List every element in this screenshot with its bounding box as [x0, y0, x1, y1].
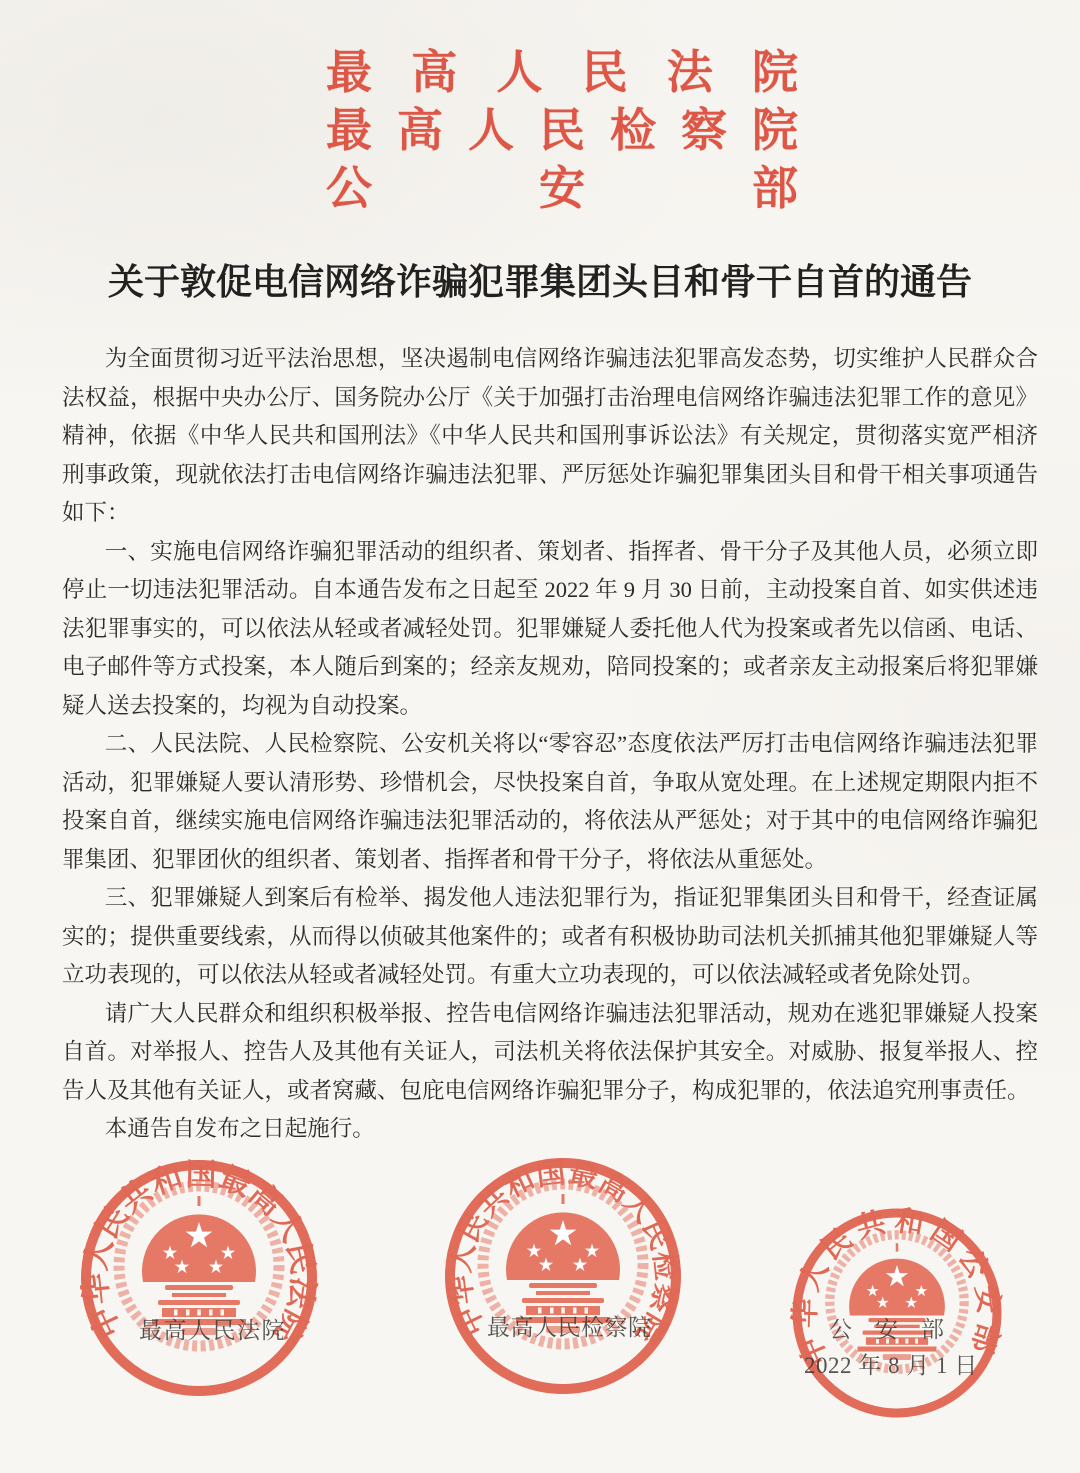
page-title: 关于敦促电信网络诈骗犯罪集团头目和骨干自首的通告	[0, 254, 1080, 305]
issuer-char: 法	[667, 44, 713, 102]
issuer-char: 院	[752, 44, 798, 102]
issuer-line: 最高人民法院	[326, 44, 798, 102]
issuer-char: 最	[326, 44, 372, 102]
notice-paragraph: 三、犯罪嫌疑人到案后有检举、揭发他人违法犯罪行为，指证犯罪集团头目和骨干，经查证…	[62, 879, 1038, 995]
signature-supreme-court: 最高人民法院	[139, 1312, 286, 1345]
issuer-char: 民	[539, 102, 585, 160]
issue-date: 2022 年 8 月 1 日	[804, 1347, 978, 1380]
seal-supreme-procuratorate: 中华人民共和国最高人民检察院	[438, 1151, 688, 1401]
issuer-char: 高	[397, 102, 443, 160]
issuer-char: 安	[539, 160, 585, 218]
issuer-char: 察	[681, 102, 727, 160]
seal-supreme-court: 中华人民共和国最高人民法院	[74, 1153, 324, 1403]
issuer-char: 院	[752, 102, 798, 160]
issuer-char: 最	[326, 102, 372, 160]
issuer-char: 人	[468, 102, 514, 160]
issuer-line: 最高人民检察院	[326, 102, 798, 160]
issuer-block: 最高人民法院最高人民检察院公安部	[326, 44, 798, 218]
notice-body: 为全面贯彻习近平法治思想，坚决遏制电信网络诈骗违法犯罪高发态势，切实维护人民群众…	[62, 340, 1038, 1149]
issuer-char: 人	[496, 44, 542, 102]
signature-public-security: 公 安 部	[829, 1311, 944, 1344]
issuer-line: 公安部	[326, 160, 798, 218]
issuer-char: 高	[411, 44, 457, 102]
notice-page: 最高人民法院最高人民检察院公安部 关于敦促电信网络诈骗犯罪集团头目和骨干自首的通…	[0, 0, 1080, 1473]
notice-paragraph: 为全面贯彻习近平法治思想，坚决遏制电信网络诈骗违法犯罪高发态势，切实维护人民群众…	[62, 340, 1038, 533]
notice-paragraph: 请广大人民群众和组织积极举报、控告电信网络诈骗违法犯罪活动，规劝在逃犯罪嫌疑人投…	[62, 995, 1038, 1111]
notice-paragraph: 二、人民法院、人民检察院、公安机关将以“零容忍”态度依法严厉打击电信网络诈骗违法…	[62, 725, 1038, 879]
issuer-char: 部	[752, 160, 798, 218]
issuer-char: 民	[582, 44, 628, 102]
signature-supreme-procuratorate: 最高人民检察院	[487, 1309, 652, 1342]
notice-paragraph: 本通告自发布之日起施行。	[62, 1110, 1038, 1149]
notice-paragraph: 一、实施电信网络诈骗犯罪活动的组织者、策划者、指挥者、骨干分子及其他人员，必须立…	[62, 533, 1038, 726]
issuer-char: 公	[326, 160, 372, 218]
issuer-char: 检	[610, 102, 656, 160]
